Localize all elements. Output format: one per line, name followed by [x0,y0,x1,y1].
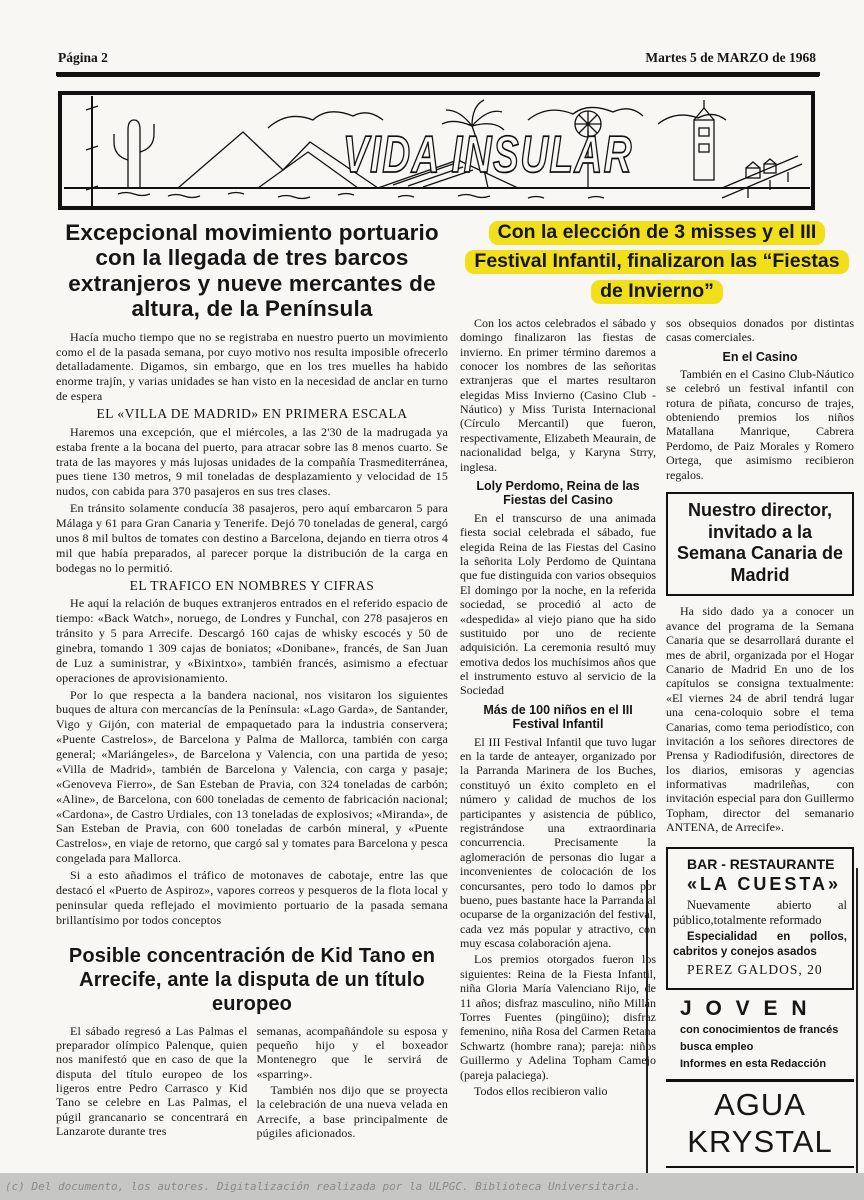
bar-ad-address: PEREZ GALDOS, 20 [673,962,847,978]
joven-ad-title: J O V E N [666,996,854,1021]
joven-ad-line: Informes en esta Redacción [666,1057,854,1072]
director-paragraph: Ha sido dado ya a conocer un avance del … [666,604,854,834]
port-article-paragraph: Por lo que respecta a la bandera naciona… [56,688,448,867]
port-article-paragraph: Hacía mucho tiempo que no se registraba … [56,330,448,404]
masthead-illustration: VIDA INSULAR [58,90,816,212]
bar-ad-line: BAR - RESTAURANTE [673,856,847,873]
port-article-headline: Excepcional movimiento portuario con la … [56,220,448,322]
fiestas-continuation: sos obsequios donados por distintas casa… [666,316,854,345]
kid-tano-paragraph: También nos dijo que se proyecta la cele… [257,1083,449,1141]
director-headline: Nuestro director, invitado a la Semana C… [674,500,846,586]
right-column: sos obsequios donados por distintas casa… [666,316,854,1168]
joven-ad-line: busca empleo [666,1040,854,1055]
port-article-paragraph: He aquí la relación de buques extranjero… [56,596,448,685]
scan-footer: (c) Del documento, los autores. Digitali… [0,1173,864,1200]
kid-tano-column-1: El sábado regresó a Las Palmas el prepar… [56,1024,248,1143]
masthead: VIDA INSULAR [58,90,816,212]
page-edge-rule [856,868,858,1186]
joven-classified-ad: J O V E N con conocimientos de francés b… [666,996,854,1072]
kid-tano-paragraph: El sábado regresó a Las Palmas el prepar… [56,1024,248,1139]
port-article-subhead: EL «VILLA DE MADRID» EN PRIMERA ESCALA [56,406,448,423]
port-article: Excepcional movimiento portuario con la … [56,220,448,1143]
fiestas-section: Con la elección de 3 misses y el III Fes… [460,218,854,1168]
port-article-paragraph: Haremos una excepción, que el miércoles,… [56,425,448,499]
casino-subhead: En el Casino [666,350,854,364]
masthead-title: VIDA INSULAR [343,126,633,184]
newspaper-page: Página 2 Martes 5 de MARZO de 1968 [0,0,864,1200]
fiestas-paragraph: En el transcurso de una animada fiesta s… [460,511,656,698]
kid-tano-article: Posible concentración de Kid Tano en Arr… [56,944,448,1143]
kid-tano-paragraph: semanas, acompañándole su esposa y peque… [257,1024,449,1082]
fiestas-headline-highlighted: Con la elección de 3 misses y el III Fes… [460,218,854,306]
port-article-subhead: EL TRAFICO EN NOMBRES Y CIFRAS [56,578,448,595]
kid-tano-column-2: semanas, acompañándole su esposa y peque… [257,1024,449,1143]
port-article-paragraph: Si a esto añadimos el tráfico de motonav… [56,868,448,928]
bar-ad-line: Nuevamente abierto al público,totalmente… [673,898,847,928]
casino-paragraph: También en el Casino Club-Náutico se cel… [666,367,854,482]
fiestas-paragraph: Todos ellos recibieron valio [460,1084,656,1098]
page-header: Página 2 Martes 5 de MARZO de 1968 [58,50,816,66]
port-article-paragraph: En tránsito solamente conducía 38 pasaje… [56,501,448,575]
column-divider-rule [646,880,648,1185]
fiestas-paragraph: Con los actos celebrados el sábado y dom… [460,316,656,474]
copyright-text: (c) Del documento, los autores. Digitali… [0,1180,641,1193]
fiestas-subhead: Más de 100 niños en el III Festival Infa… [460,703,656,732]
bar-ad-name: «LA CUESTA» [673,874,847,896]
joven-ad-line: con conocimientos de francés [666,1023,854,1038]
kid-tano-headline: Posible concentración de Kid Tano en Arr… [56,944,448,1016]
fiestas-paragraph: El III Festival Infantil que tuvo lugar … [460,735,656,951]
bar-ad-line: Especialidad en pollos, cabritos y conej… [673,930,847,960]
date-label: Martes 5 de MARZO de 1968 [645,50,816,66]
fiestas-headline-text: Con la elección de 3 misses y el III Fes… [465,221,848,304]
agua-krystal-ad: AGUA KRYSTAL [666,1079,854,1168]
fiestas-paragraph: Los premios otorgados fueron los siguien… [460,952,656,1082]
fiestas-subhead: Loly Perdomo, Reina de las Fiestas del C… [460,479,656,508]
director-box: Nuestro director, invitado a la Semana C… [666,492,854,596]
fiestas-middle-column: Con los actos celebrados el sábado y dom… [460,316,656,1168]
header-rule [56,72,820,76]
bar-restaurant-ad: BAR - RESTAURANTE «LA CUESTA» Nuevamente… [666,847,854,990]
page-number-label: Página 2 [58,50,108,66]
